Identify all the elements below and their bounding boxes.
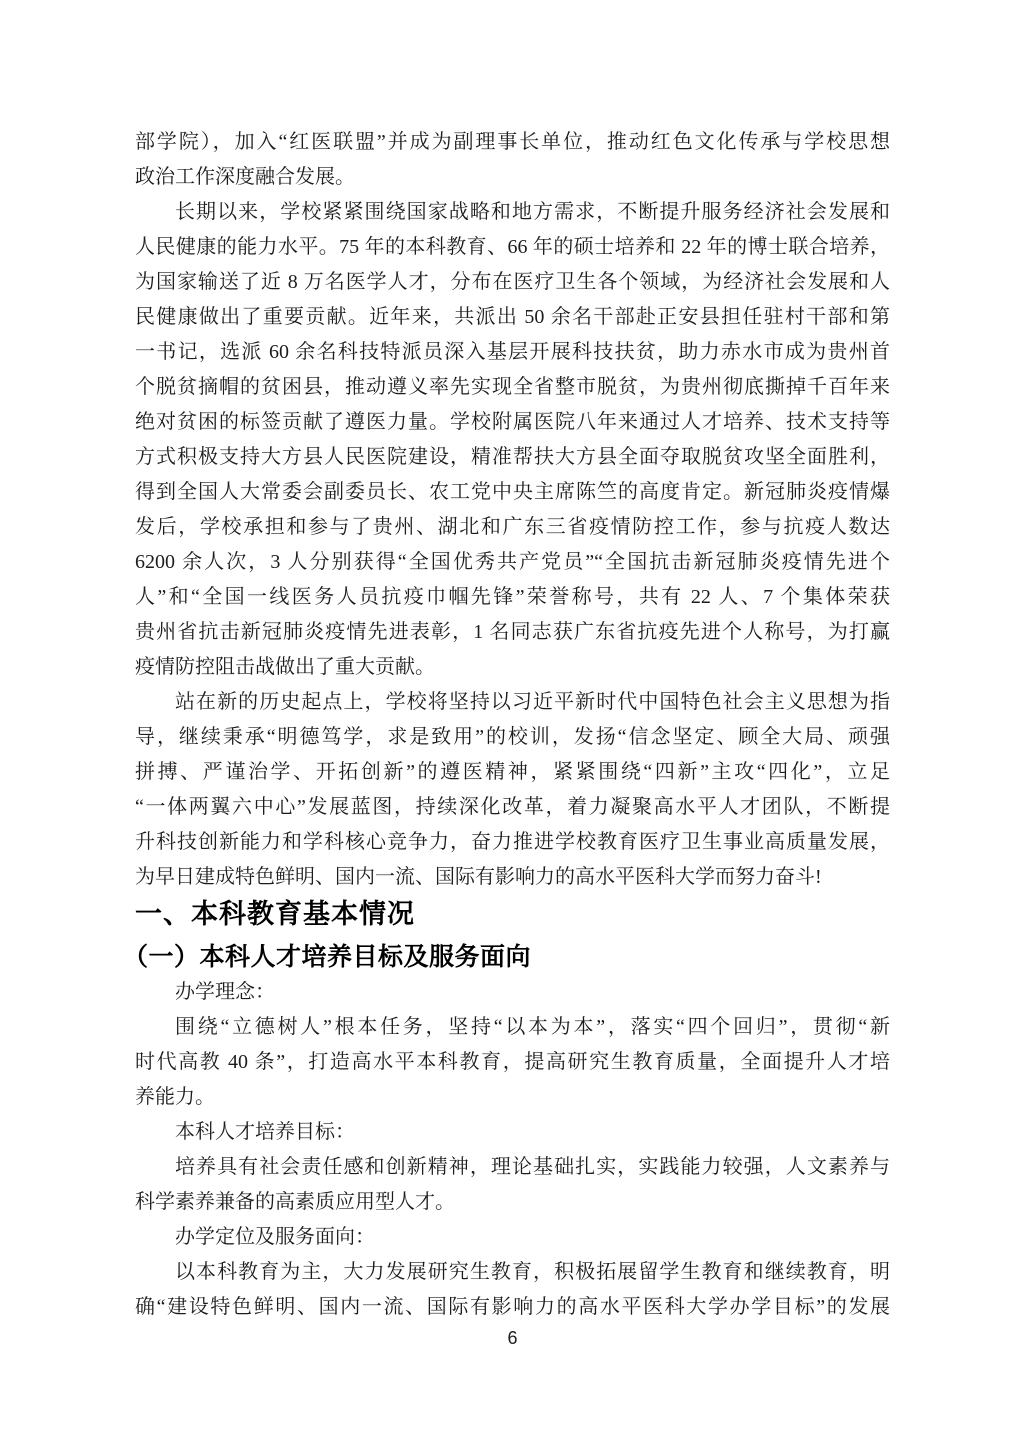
heading-level-2: （一）本科人才培养目标及服务面向: [123, 939, 890, 975]
heading-level-1: 一、本科教育基本情况: [135, 895, 890, 933]
text-line: 人”和“全国一线医务人员抗疫巾帼先锋”荣誉称号，共有 22 人、7 个集体荣获: [135, 580, 890, 615]
text-line: 办学定位及服务面向：: [135, 1220, 890, 1255]
paragraph: 办学理念：: [135, 975, 890, 1010]
paragraph: 办学定位及服务面向：: [135, 1220, 890, 1255]
document-body: 部学院），加入“红医联盟”并成为副理事长单位，推动红色文化传承与学校思想政治工作…: [135, 125, 890, 1349]
paragraph: 培养具有社会责任感和创新精神，理论基础扎实，实践能力较强，人文素养与科学素养兼备…: [135, 1150, 890, 1220]
text-line: 拼搏、严谨治学、开拓创新”的遵医精神，紧紧围绕“四新”主攻“四化”，立足: [135, 755, 890, 790]
document-text: 部学院），加入“红医联盟”并成为副理事长单位，推动红色文化传承与学校思想政治工作…: [135, 125, 890, 1325]
text-line: 得到全国人大常委会副委员长、农工党中央主席陈竺的高度肯定。新冠肺炎疫情爆: [135, 475, 890, 510]
text-line: 时代高教 40 条”，打造高水平本科教育，提高研究生教育质量，全面提升人才培: [135, 1045, 890, 1080]
text-line: 长期以来，学校紧紧围绕国家战略和地方需求，不断提升服务经济社会发展和: [135, 195, 890, 230]
text-line: 政治工作深度融合发展。: [135, 160, 890, 195]
text-line: 养能力。: [135, 1080, 890, 1115]
text-line: 部学院），加入“红医联盟”并成为副理事长单位，推动红色文化传承与学校思想: [135, 125, 890, 160]
text-line: 站在新的历史起点上，学校将坚持以习近平新时代中国特色社会主义思想为指: [135, 685, 890, 720]
text-line: 以本科教育为主，大力发展研究生教育，积极拓展留学生教育和继续教育，明: [135, 1255, 890, 1290]
text-line: 为早日建成特色鲜明、国内一流、国际有影响力的高水平医科大学而努力奋斗!: [135, 860, 890, 895]
text-line: 科学素养兼备的高素质应用型人才。: [135, 1185, 890, 1220]
text-line: 6200 余人次，3 人分别获得“全国优秀共产党员”“全国抗击新冠肺炎疫情先进个: [135, 545, 890, 580]
text-line: 绝对贫困的标签贡献了遵医力量。学校附属医院八年来通过人才培养、技术支持等: [135, 405, 890, 440]
text-line: 方式积极支持大方县人民医院建设，精准帮扶大方县全面夺取脱贫攻坚全面胜利，: [135, 440, 890, 475]
text-line: 确“建设特色鲜明、国内一流、国际有影响力的高水平医科大学办学目标”的发展: [135, 1290, 890, 1325]
text-line: 疫情防控阻击战做出了重大贡献。: [135, 650, 890, 685]
text-line: 围绕“立德树人”根本任务，坚持“以本为本”，落实“四个回归”，贯彻“新: [135, 1010, 890, 1045]
text-line: 民健康做出了重要贡献。近年来，共派出 50 余名干部赴正安县担任驻村干部和第: [135, 300, 890, 335]
text-line: 贵州省抗击新冠肺炎疫情先进表彰，1 名同志获广东省抗疫先进个人称号，为打赢: [135, 615, 890, 650]
paragraph: 围绕“立德树人”根本任务，坚持“以本为本”，落实“四个回归”，贯彻“新时代高教 …: [135, 1010, 890, 1115]
paragraph: 长期以来，学校紧紧围绕国家战略和地方需求，不断提升服务经济社会发展和人民健康的能…: [135, 195, 890, 685]
text-line: 人民健康的能力水平。75 年的本科教育、66 年的硕士培养和 22 年的博士联合…: [135, 230, 890, 265]
paragraph: 部学院），加入“红医联盟”并成为副理事长单位，推动红色文化传承与学校思想政治工作…: [135, 125, 890, 195]
text-line: 升科技创新能力和学科核心竞争力，奋力推进学校教育医疗卫生事业高质量发展，: [135, 825, 890, 860]
text-line: 培养具有社会责任感和创新精神，理论基础扎实，实践能力较强，人文素养与: [135, 1150, 890, 1185]
text-line: 为国家输送了近 8 万名医学人才，分布在医疗卫生各个领域，为经济社会发展和人: [135, 265, 890, 300]
paragraph: 以本科教育为主，大力发展研究生教育，积极拓展留学生教育和继续教育，明确“建设特色…: [135, 1255, 890, 1325]
text-line: 导，继续秉承“明德笃学，求是致用”的校训，发扬“信念坚定、顾全大局、顽强: [135, 720, 890, 755]
text-line: 发后，学校承担和参与了贵州、湖北和广东三省疫情防控工作，参与抗疫人数达: [135, 510, 890, 545]
page-number: 6: [135, 1327, 890, 1349]
text-line: 办学理念：: [135, 975, 890, 1010]
text-line: 本科人才培养目标：: [135, 1115, 890, 1150]
text-line: 个脱贫摘帽的贫困县，推动遵义率先实现全省整市脱贫，为贵州彻底撕掉千百年来: [135, 370, 890, 405]
document-page: 部学院），加入“红医联盟”并成为副理事长单位，推动红色文化传承与学校思想政治工作…: [0, 0, 1024, 1448]
text-line: 一书记，选派 60 余名科技特派员深入基层开展科技扶贫，助力赤水市成为贵州首: [135, 335, 890, 370]
text-line: “一体两翼六中心”发展蓝图，持续深化改革，着力凝聚高水平人才团队，不断提: [135, 790, 890, 825]
paragraph: 本科人才培养目标：: [135, 1115, 890, 1150]
paragraph: 站在新的历史起点上，学校将坚持以习近平新时代中国特色社会主义思想为指导，继续秉承…: [135, 685, 890, 895]
